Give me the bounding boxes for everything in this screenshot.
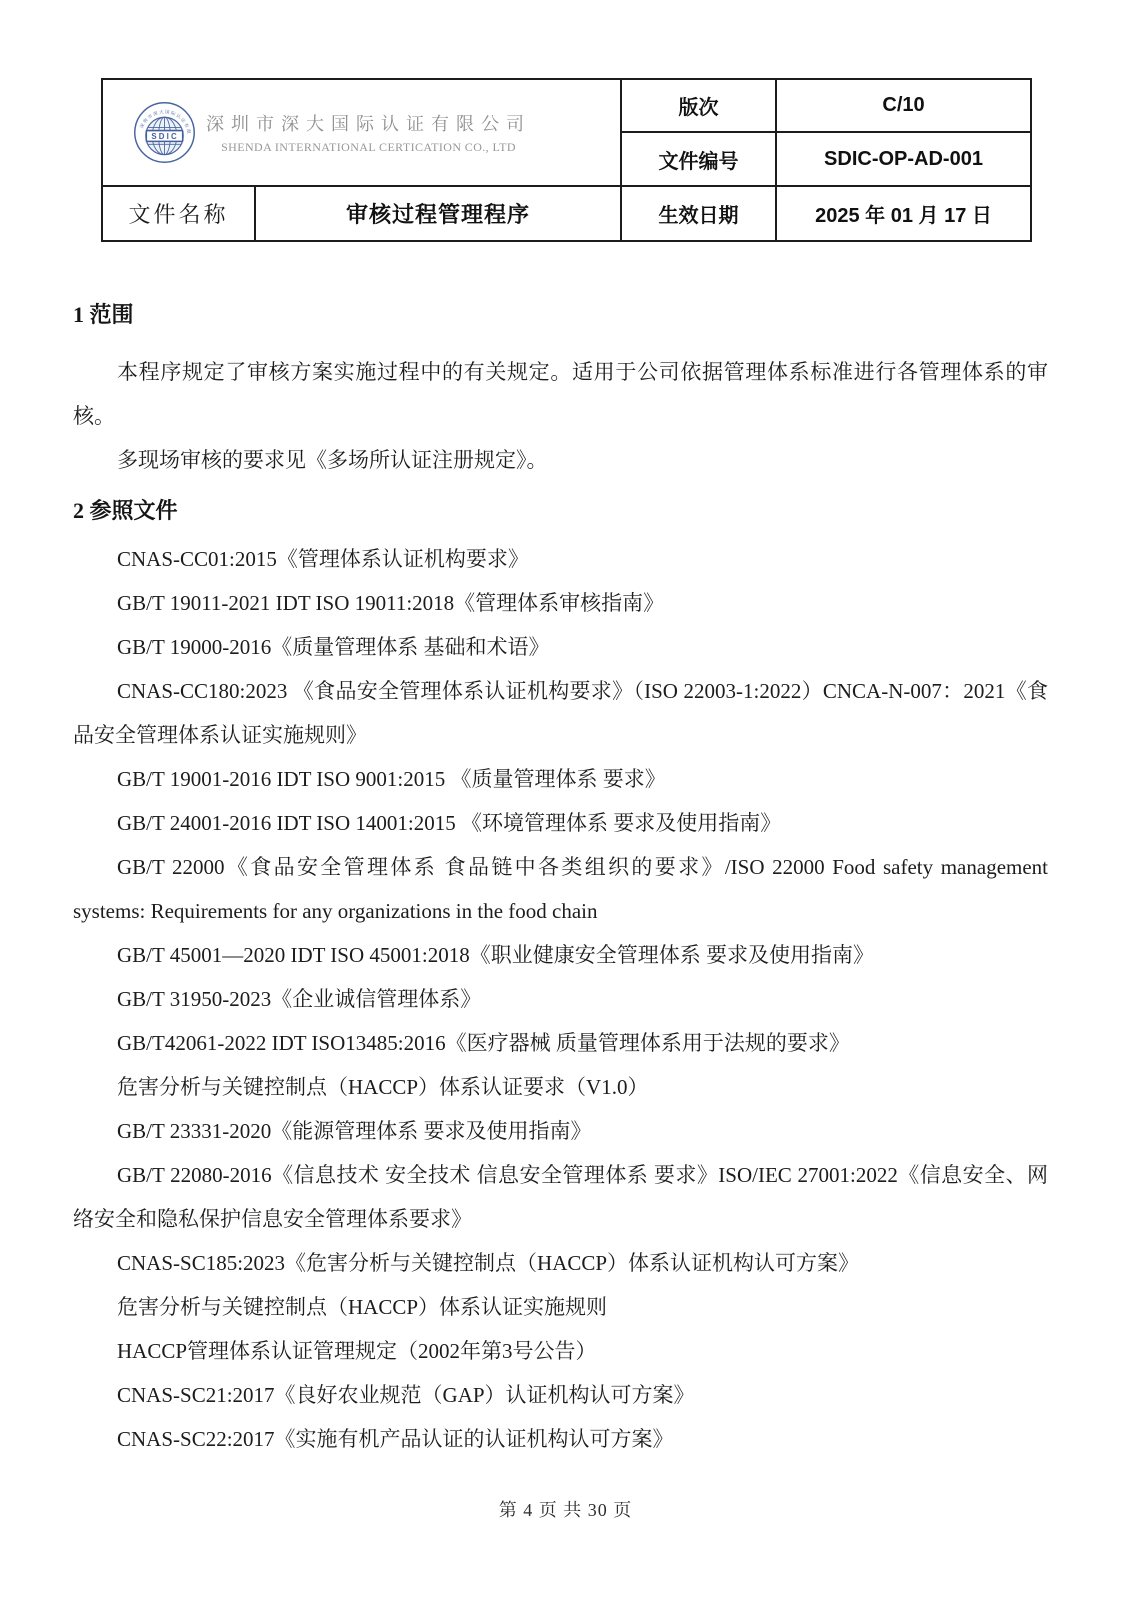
reference-item: GB/T 22000《食品安全管理体系 食品链中各类组织的要求》/ISO 220… — [73, 845, 1048, 933]
document-body: 1 范围 本程序规定了审核方案实施过程中的有关规定。适用于公司依据管理体系标准进… — [73, 302, 1048, 1461]
doc-name-label: 文件名称 — [102, 186, 255, 241]
section-2-heading: 2 参照文件 — [73, 498, 1048, 524]
section-1-paragraph: 多现场审核的要求见《多场所认证注册规定》。 — [73, 438, 1048, 482]
effective-date-label: 生效日期 — [621, 186, 776, 241]
version-value: C/10 — [776, 79, 1031, 132]
effective-date-value: 2025 年 01 月 17 日 — [776, 186, 1031, 241]
section-1-heading: 1 范围 — [73, 302, 1048, 328]
reference-item: CNAS-CC01:2015《管理体系认证机构要求》 — [73, 537, 1048, 581]
reference-item: GB/T 22080-2016《信息技术 安全技术 信息安全管理体系 要求》IS… — [73, 1153, 1048, 1241]
page-footer: 第 4 页 共 30 页 — [0, 1496, 1131, 1522]
company-name-cn: 深圳市深大国际认证有限公司 — [206, 110, 531, 136]
company-name-en: SHENDA INTERNATIONAL CERTICATION CO., LT… — [206, 140, 531, 155]
reference-item: GB/T42061-2022 IDT ISO13485:2016《医疗器械 质量… — [73, 1021, 1048, 1065]
reference-item: GB/T 23331-2020《能源管理体系 要求及使用指南》 — [73, 1109, 1048, 1153]
doc-number-value: SDIC-OP-AD-001 — [776, 132, 1031, 186]
document-page: 深圳市深大国际认证有限公司 SDIC 深圳市深大国际认证有限公司 — [0, 0, 1131, 1461]
company-name-block: 深圳市深大国际认证有限公司 SHENDA INTERNATIONAL CERTI… — [206, 110, 531, 155]
doc-name-value: 审核过程管理程序 — [255, 186, 621, 241]
reference-item: 危害分析与关键控制点（HACCP）体系认证要求（V1.0） — [73, 1065, 1048, 1109]
reference-item: CNAS-SC22:2017《实施有机产品认证的认证机构认可方案》 — [73, 1417, 1048, 1461]
svg-text:SDIC: SDIC — [151, 132, 178, 141]
reference-item: CNAS-SC185:2023《危害分析与关键控制点（HACCP）体系认证机构认… — [73, 1241, 1048, 1285]
section-1-paragraph: 本程序规定了审核方案实施过程中的有关规定。适用于公司依据管理体系标准进行各管理体… — [73, 350, 1048, 438]
reference-item: GB/T 24001-2016 IDT ISO 14001:2015 《环境管理… — [73, 801, 1048, 845]
reference-item: HACCP管理体系认证管理规定（2002年第3号公告） — [73, 1329, 1048, 1373]
sdic-logo-icon: 深圳市深大国际认证有限公司 SDIC — [133, 101, 196, 164]
reference-item: 危害分析与关键控制点（HACCP）体系认证实施规则 — [73, 1285, 1048, 1329]
version-label: 版次 — [621, 79, 776, 132]
reference-item: GB/T 45001—2020 IDT ISO 45001:2018《职业健康安… — [73, 933, 1048, 977]
reference-item: CNAS-CC180:2023 《食品安全管理体系认证机构要求》（ISO 220… — [73, 669, 1048, 757]
company-logo-cell: 深圳市深大国际认证有限公司 SDIC 深圳市深大国际认证有限公司 — [102, 79, 621, 186]
reference-item: GB/T 31950-2023《企业诚信管理体系》 — [73, 977, 1048, 1021]
reference-item: CNAS-SC21:2017《良好农业规范（GAP）认证机构认可方案》 — [73, 1373, 1048, 1417]
doc-number-label: 文件编号 — [621, 132, 776, 186]
document-header-table: 深圳市深大国际认证有限公司 SDIC 深圳市深大国际认证有限公司 — [101, 78, 1032, 242]
reference-item: GB/T 19011-2021 IDT ISO 19011:2018《管理体系审… — [73, 581, 1048, 625]
reference-item: GB/T 19001-2016 IDT ISO 9001:2015 《质量管理体… — [73, 757, 1048, 801]
reference-item: GB/T 19000-2016《质量管理体系 基础和术语》 — [73, 625, 1048, 669]
